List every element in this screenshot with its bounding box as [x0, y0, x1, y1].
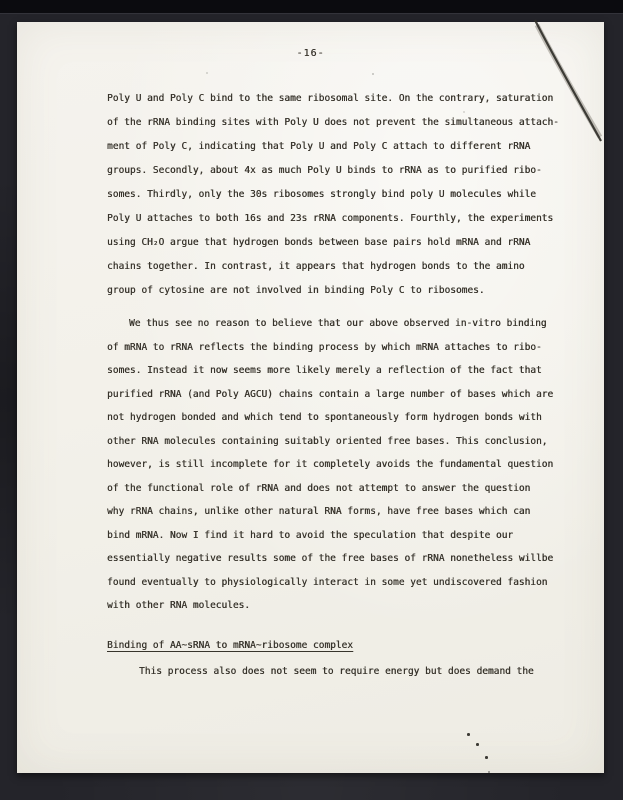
- dust-speck: [372, 73, 374, 75]
- page-number: -16-: [17, 47, 604, 61]
- dust-speck: [485, 756, 488, 759]
- paragraph-poly-u-poly-c: Poly U and Poly C bind to the same ribos…: [107, 87, 575, 303]
- dust-speck: [206, 72, 208, 74]
- dust-speck: [463, 111, 465, 113]
- dust-speck: [467, 733, 470, 736]
- scan-background: -16- Poly U and Poly C bind to the same …: [0, 0, 623, 800]
- paragraph-this-process: This process also does not seem to requi…: [107, 660, 575, 684]
- section-heading: Binding of AA~sRNA to mRNA~ribosome comp…: [107, 634, 575, 658]
- paragraph-in-vitro-binding: We thus see no reason to believe that ou…: [107, 312, 575, 618]
- dust-speck: [476, 743, 479, 746]
- film-edge-band: [0, 0, 623, 14]
- document-page: -16- Poly U and Poly C bind to the same …: [17, 22, 604, 773]
- dust-speck: [488, 771, 490, 773]
